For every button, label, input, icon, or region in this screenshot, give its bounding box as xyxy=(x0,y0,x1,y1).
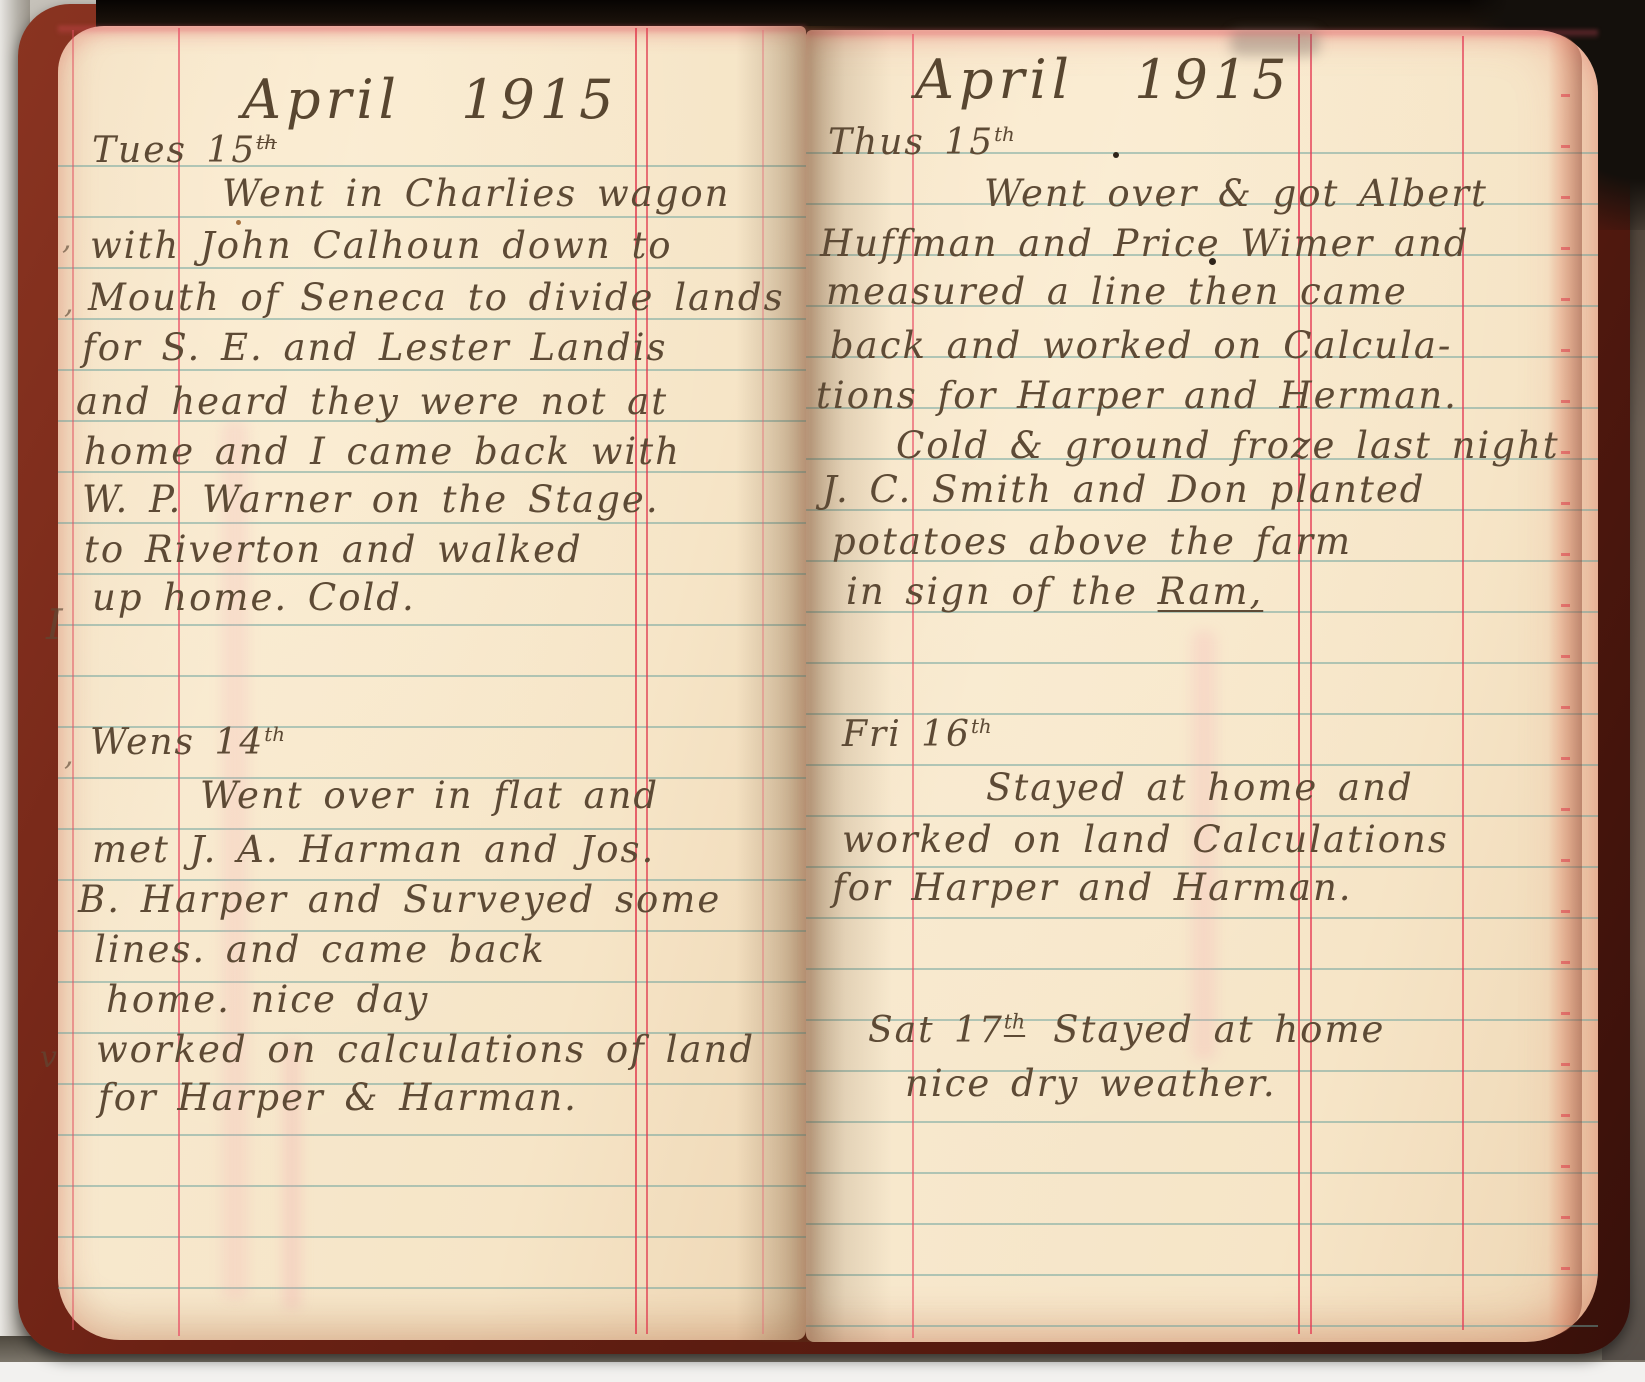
entry-line: for S. E. and Lester Landis xyxy=(82,326,667,369)
entry-date-suffix: th xyxy=(264,723,285,746)
entry-line: Went over in flat and xyxy=(200,774,659,817)
entry-date-inline: Sat 17thStayed at home xyxy=(868,1008,1385,1051)
page-heading-right: April 1915 xyxy=(915,48,1292,111)
red-rule-left-edge xyxy=(72,30,74,1330)
margin-mark: , xyxy=(64,738,74,773)
entry-date-suffix: th xyxy=(994,123,1015,146)
entry-line: tions for Harper and Herman. xyxy=(816,374,1458,417)
entry-line: worked on calculations of land xyxy=(96,1028,755,1071)
red-rule-left-faint xyxy=(762,30,764,1334)
entry-line: worked on land Calculations xyxy=(842,818,1449,861)
entry-line: in sign of the Ram, xyxy=(846,570,1263,613)
margin-mark: , xyxy=(62,222,72,257)
entry-date-text: Tues 15 xyxy=(92,130,256,171)
entry-line: Went in Charlies wagon xyxy=(222,172,731,215)
entry-date-text: Fri 16 xyxy=(842,714,971,755)
entry-date-text: Thus 15 xyxy=(828,122,994,163)
entry-line: home. nice day xyxy=(106,978,429,1021)
entry-line: Huffman and Price Wimer and xyxy=(820,222,1470,265)
underlined-word: Ram, xyxy=(1158,570,1264,613)
photo-background-bottom-light xyxy=(0,1362,1645,1382)
margin-mark: v xyxy=(40,1040,57,1075)
entry-line: and heard they were not at xyxy=(76,380,668,423)
entry-line: Went over & got Albert xyxy=(984,172,1488,215)
margin-mark: I xyxy=(46,600,63,649)
entry-line: Cold & ground froze last night xyxy=(896,424,1560,467)
entry-date: Fri 16th xyxy=(842,714,992,755)
entry-line: J. C. Smith and Don planted xyxy=(822,468,1425,511)
entry-line-text: Stayed at home xyxy=(1053,1008,1385,1051)
entry-line: measured a line then came xyxy=(826,270,1408,313)
entry-line: for Harper & Harman. xyxy=(98,1076,578,1119)
red-edge-bleed-right xyxy=(806,30,1598,39)
entry-line: Stayed at home and xyxy=(986,766,1414,809)
entry-line: potatoes above the farm xyxy=(832,520,1352,563)
entry-date-suffix: th xyxy=(971,715,992,738)
entry-date: Wens 14th xyxy=(90,722,285,763)
entry-line: home and I came back with xyxy=(84,430,681,473)
entry-line: B. Harper and Surveyed some xyxy=(78,878,721,921)
entry-date-text: Wens 14 xyxy=(90,722,264,763)
entry-line: to Riverton and walked xyxy=(84,528,583,571)
entry-line: for Harper and Harman. xyxy=(832,866,1353,909)
diary-photo: April 1915 Tues 15th Went in Charlies wa… xyxy=(0,0,1645,1382)
entry-line: nice dry weather. xyxy=(905,1062,1277,1105)
red-edge-ticks xyxy=(1561,94,1570,1314)
entry-date: Thus 15th xyxy=(828,122,1015,163)
entry-date-text: Sat 17 xyxy=(868,1010,1004,1051)
entry-line-text: in sign of the xyxy=(846,570,1158,613)
entry-line: met J. A. Harman and Jos. xyxy=(92,828,655,871)
page-heading-left: April 1915 xyxy=(242,68,619,131)
entry-line: with John Calhoun down to xyxy=(90,224,673,267)
entry-date: Tues 15th xyxy=(92,130,277,171)
red-edge-bleed-left xyxy=(58,26,806,35)
entry-line: back and worked on Calcula- xyxy=(830,324,1452,367)
entry-date-suffix: th xyxy=(256,131,277,154)
entry-date-suffix: th xyxy=(1004,1010,1025,1034)
entry-line: up home. Cold. xyxy=(92,576,416,619)
ink-blot xyxy=(1113,152,1119,158)
margin-mark: , xyxy=(64,286,74,321)
entry-line: Mouth of Seneca to divide lands xyxy=(88,276,785,319)
entry-line: lines. and came back xyxy=(94,928,546,971)
entry-line: W. P. Warner on the Stage. xyxy=(82,478,660,521)
